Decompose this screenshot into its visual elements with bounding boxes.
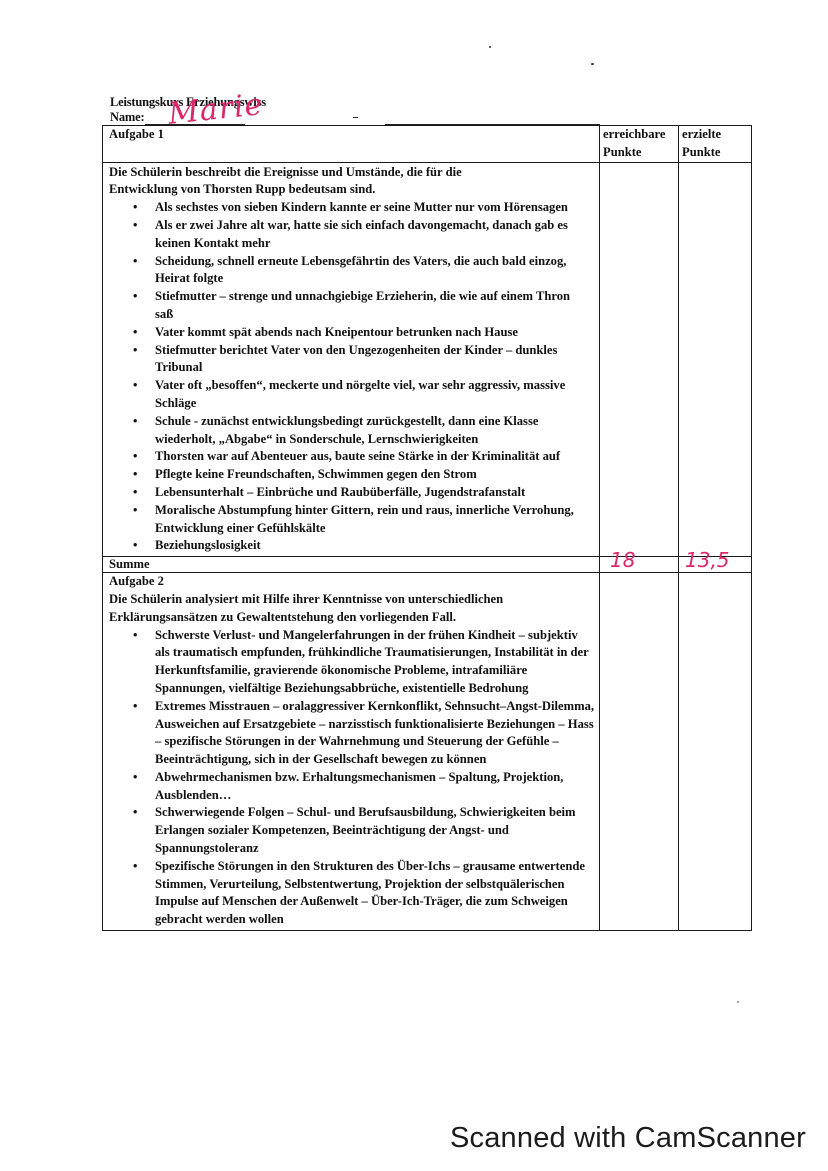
table-header-row: Aufgabe 1 erreichbare Punkte erzielte Pu… [103,126,752,163]
task2-max-points-cell [600,573,679,931]
task1-content: Die Schülerin beschreibt die Ereignisse … [103,162,600,557]
grading-table: Aufgabe 1 erreichbare Punkte erzielte Pu… [102,125,752,931]
name-underline-dash [353,117,358,118]
task2-achieved-points-cell [679,573,752,931]
criteria-item: Schwerste Verlust- und Mangelerfahrungen… [155,627,595,698]
task2-row: Aufgabe 2 Die Schülerin analysiert mit H… [103,573,752,931]
criteria-item: Vater oft „besoffen“, meckerte und nörge… [155,377,587,413]
criteria-item: Stiefmutter berichtet Vater von den Unge… [155,342,587,378]
criteria-item: Vater kommt spät abends nach Kneipentour… [155,324,587,342]
task1-max-points-cell [600,162,679,557]
criteria-item: Abwehrmechanismen bzw. Erhaltungsmechani… [155,769,595,805]
task1-intro: Die Schülerin beschreibt die Ereignisse … [109,164,529,200]
task1-row: Die Schülerin beschreibt die Ereignisse … [103,162,752,557]
sum-max-points: 18 [600,557,679,573]
handwritten-max-points: 18 [610,552,635,568]
handwritten-achieved-points: 13,5 [685,552,730,568]
criteria-item: Beziehungslosigkeit [155,537,587,555]
criteria-item: Schwerwiegende Folgen – Schul- und Beruf… [155,804,595,857]
criteria-item: Spezifische Störungen in den Strukturen … [155,858,595,929]
scan-speck [591,63,594,65]
criteria-item: Pflegte keine Freundschaften, Schwimmen … [155,466,587,484]
max-points-column-header: erreichbare Punkte [600,126,679,163]
criteria-item: Als er zwei Jahre alt war, hatte sie sic… [155,217,587,253]
task1-achieved-points-cell [679,162,752,557]
scan-speck [737,1001,739,1003]
criteria-item: Moralische Abstumpfung hinter Gittern, r… [155,502,587,538]
task2-intro: Die Schülerin analysiert mit Hilfe ihrer… [109,591,579,627]
task2-criteria-list: Schwerste Verlust- und Mangelerfahrungen… [109,627,595,930]
sum-row: Summe 18 13,5 [103,557,752,573]
achieved-points-column-header: erzielte Punkte [679,126,752,163]
sum-achieved-points: 13,5 [679,557,752,573]
criteria-item: Thorsten war auf Abenteuer aus, baute se… [155,448,587,466]
camscanner-watermark: Scanned with CamScanner [450,1122,806,1155]
criteria-item: Als sechstes von sieben Kindern kannte e… [155,199,587,217]
criteria-item: Schule - zunächst entwicklungsbedingt zu… [155,413,587,449]
criteria-item: Lebensunterhalt – Einbrüche und Raubüber… [155,484,587,502]
criteria-item: Extremes Misstrauen – oralaggressiver Ke… [155,698,595,769]
sum-label: Summe [103,557,600,573]
task2-title: Aufgabe 2 [109,573,595,591]
criteria-item: Stiefmutter – strenge und unnachgiebige … [155,288,587,324]
criteria-item: Scheidung, schnell erneute Lebensgefährt… [155,253,587,289]
name-label: Name: [110,110,144,125]
task1-criteria-list: Als sechstes von sieben Kindern kannte e… [109,199,595,555]
task2-content: Aufgabe 2 Die Schülerin analysiert mit H… [103,573,600,931]
scan-speck [489,46,491,48]
task-column-header: Aufgabe 1 [103,126,600,163]
